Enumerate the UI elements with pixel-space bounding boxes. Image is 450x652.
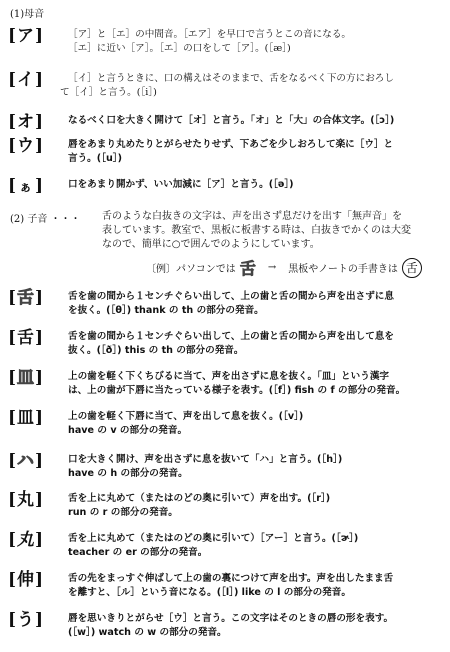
description: 唇を思いきりとがらせ［ウ］と言う。この文字はそのときの唇の形を表す。 (［w］)… <box>68 612 438 640</box>
arrow-icon: → <box>268 262 276 273</box>
description-line: を抜く。(［θ］) thank の th の部分の発音。 <box>68 304 438 318</box>
outline-glyph-example: 舌 <box>240 256 256 279</box>
symbol-glyph: ア <box>15 26 35 46</box>
description-line: は、上の歯が下唇に当たっている様子を表す。(［f］) fish の f の部分の… <box>68 384 438 398</box>
phonetic-symbol: [舌] <box>8 288 42 308</box>
phonetic-symbol: [丸] <box>8 490 42 510</box>
description: 唇をあまり丸めたりとがらせたりせず、下あごを少しおろして楽に［ウ］と 言う。(［… <box>68 138 438 166</box>
description-line: て［イ］と言う。(［i］) <box>60 86 430 100</box>
example-middle: 黒板やノートの手書きは <box>288 260 398 275</box>
symbol-glyph: 舌 <box>15 328 35 348</box>
description: なるべく口を大きく開けて［オ］と言う。「オ」と「大」の合体文字。(［ɔ］) <box>68 114 438 128</box>
symbol-glyph: 丸 <box>15 490 35 510</box>
phonetic-symbol: [伸] <box>8 570 42 590</box>
description-line: 舌を歯の間から１センチぐらい出して、上の歯と舌の間から声を出さずに息 <box>68 290 438 304</box>
description-line: run の r の部分の発音。 <box>68 506 438 520</box>
description-line: 言う。(［u］) <box>68 152 438 166</box>
description-line: 上の歯を軽く下くちびるに当て、声を出さずに息を抜く。「皿」という漢字 <box>68 370 438 384</box>
description-line: 抜く。(［ð］) this の th の部分の発音。 <box>68 344 438 358</box>
description: 舌を歯の間から１センチぐらい出して、上の歯と舌の間から声を出して息を 抜く。(［… <box>68 330 438 358</box>
intro-line: なので、簡単に○で囲んでのようにしています。 <box>102 238 411 252</box>
symbol-glyph: 丸 <box>15 530 35 550</box>
description-line: have の h の部分の発音。 <box>68 467 438 481</box>
description-line: 上の歯を軽く下唇に当て、声を出して息を抜く。(［v］) <box>68 410 438 424</box>
description: 舌の先をまっすぐ伸ばして上の歯の裏につけて声を出す。声を出したまま舌 を離すと、… <box>68 572 438 600</box>
symbol-glyph: オ <box>15 112 35 132</box>
consonants-section-title: (2) 子音 ・・・ <box>10 210 81 225</box>
example-line: 〔例〕パソコンでは 舌 → 黒板やノートの手書きは 舌 <box>146 256 422 279</box>
description: 舌を歯の間から１センチぐらい出して、上の歯と舌の間から声を出さずに息 を抜く。(… <box>68 290 438 318</box>
description: 口をあまり開かず、いい加減に［ア］と言う。(［ə］) <box>68 178 438 192</box>
symbol-glyph: イ <box>15 70 35 90</box>
description-line: teacher の er の部分の発音。 <box>68 546 438 560</box>
symbol-glyph: ぁ <box>15 178 35 198</box>
example-prefix: 〔例〕パソコンでは <box>146 260 236 275</box>
symbol-glyph: 舌 <box>15 288 35 308</box>
description-line: 口を大きく開け、声を出さずに息を抜いて「ハ」と言う。(［h］) <box>68 453 438 467</box>
phonetic-symbol: [オ] <box>8 112 42 132</box>
description: ［ア］と［エ］の中間音。［エア］を早口で言うとこの音になる。 ［エ］に近い［ア］… <box>68 28 438 56</box>
description: 口を大きく開け、声を出さずに息を抜いて「ハ」と言う。(［h］) have の h… <box>68 453 438 481</box>
phonetic-symbol: [ウ] <box>8 136 42 156</box>
vowels-section-title: (1)母音 <box>10 5 44 20</box>
description-line: 舌を歯の間から１センチぐらい出して、上の歯と舌の間から声を出して息を <box>68 330 438 344</box>
symbol-glyph: う <box>15 610 35 630</box>
phonetic-symbol: [皿] <box>8 368 42 388</box>
circled-glyph-example: 舌 <box>402 258 422 278</box>
description-line: ［イ］と言うときに、口の構えはそのままで、舌をなるべく下の方におろし <box>60 72 430 86</box>
description-line: 口をあまり開かず、いい加減に［ア］と言う。(［ə］) <box>68 178 438 192</box>
symbol-glyph: ウ <box>15 136 35 156</box>
description: 上の歯を軽く下くちびるに当て、声を出さずに息を抜く。「皿」という漢字 は、上の歯… <box>68 370 438 398</box>
phonetic-symbol: [イ] <box>8 70 42 90</box>
phonetic-symbol: [う] <box>8 610 42 630</box>
intro-line: 舌のような白抜きの文字は、声を出さず息だけを出す「無声音」を <box>102 210 411 224</box>
description-line: 唇を思いきりとがらせ［ウ］と言う。この文字はそのときの唇の形を表す。 <box>68 612 438 626</box>
intro-line: 表しています。教室で、黒板に板書する時は、白抜きでかくのは大変 <box>102 224 411 238</box>
phonetic-symbol: [ハ] <box>8 451 42 471</box>
description: ［イ］と言うときに、口の構えはそのままで、舌をなるべく下の方におろし て［イ］と… <box>60 72 430 100</box>
consonants-intro: 舌のような白抜きの文字は、声を出さず息だけを出す「無声音」を 表しています。教室… <box>102 210 411 252</box>
symbol-glyph: 伸 <box>15 570 35 590</box>
description-line: 舌の先をまっすぐ伸ばして上の歯の裏につけて声を出す。声を出したまま舌 <box>68 572 438 586</box>
description-line: なるべく口を大きく開けて［オ］と言う。「オ」と「大」の合体文字。(［ɔ］) <box>68 114 438 128</box>
description-line: (［w］) watch の w の部分の発音。 <box>68 626 438 640</box>
description: 上の歯を軽く下唇に当て、声を出して息を抜く。(［v］) have の v の部分… <box>68 410 438 438</box>
phonetic-symbol: [ぁ] <box>8 176 42 198</box>
description: 舌を上に丸めて（またはのどの奥に引いて）声を出す。(［r］) run の r の… <box>68 492 438 520</box>
symbol-glyph: 皿 <box>15 408 35 428</box>
description-line: have の v の部分の発音。 <box>68 424 438 438</box>
description: 舌を上に丸めて（またはのどの奥に引いて）［アー］と言う。(［ɚ］) teache… <box>68 532 438 560</box>
phonetic-symbol: [ア] <box>8 26 42 46</box>
phonetic-symbol: [舌] <box>8 328 42 348</box>
symbol-glyph: ハ <box>15 451 35 471</box>
description-line: 舌を上に丸めて（またはのどの奥に引いて）声を出す。(［r］) <box>68 492 438 506</box>
description-line: ［エ］に近い［ア］。［エ］の口をして［ア］。(［æ］) <box>68 42 438 56</box>
phonetic-symbol: [丸] <box>8 530 42 550</box>
symbol-glyph: 皿 <box>15 368 35 388</box>
description-line: 舌を上に丸めて（またはのどの奥に引いて）［アー］と言う。(［ɚ］) <box>68 532 438 546</box>
phonetic-symbol: [皿] <box>8 408 42 428</box>
description-line: ［ア］と［エ］の中間音。［エア］を早口で言うとこの音になる。 <box>68 28 438 42</box>
description-line: を離すと、［ル］という音になる。(［l］) like の l の部分の発音。 <box>68 586 438 600</box>
description-line: 唇をあまり丸めたりとがらせたりせず、下あごを少しおろして楽に［ウ］と <box>68 138 438 152</box>
